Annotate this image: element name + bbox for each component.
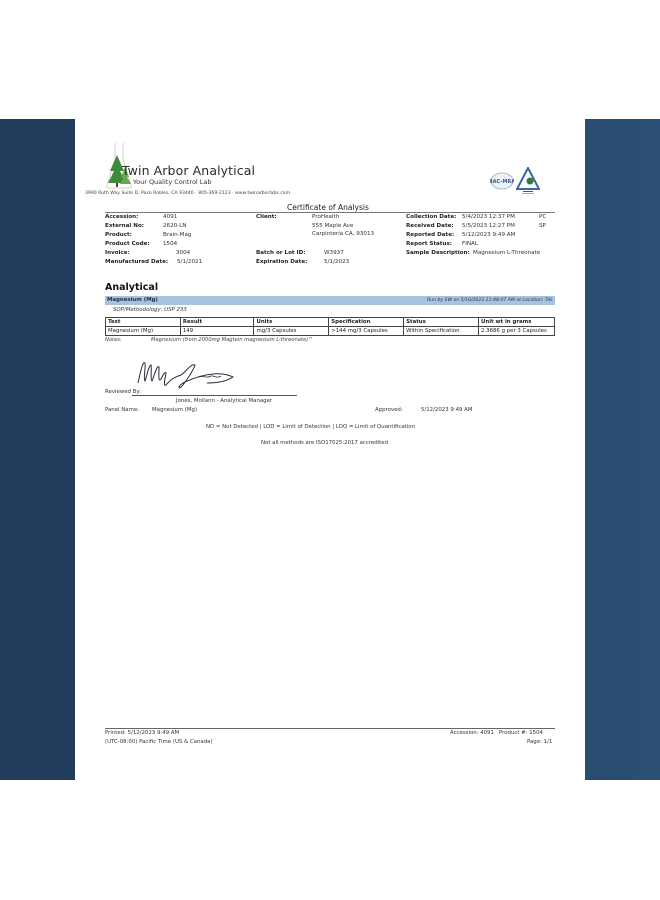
collection-date-label: Collection Date: <box>406 214 456 220</box>
cell-specification: >144 mg/3 Capsules <box>329 327 404 336</box>
collection-initials: PC <box>539 214 546 220</box>
report-status-label: Report Status: <box>406 241 452 247</box>
accession-value: 4091 <box>163 214 177 220</box>
invoice-label: Invoice: <box>105 250 130 256</box>
cell-units: mg/3 Capsules <box>254 327 329 336</box>
timezone: (UTC-08:00) Pacific Time (US & Canada) <box>105 739 213 745</box>
manufactured-date-label: Manufactured Date: <box>105 259 168 265</box>
collection-date-value: 5/4/2023 12:37 PM <box>462 214 515 220</box>
received-date-value: 5/5/2023 12:27 PM <box>462 223 515 229</box>
cell-status: Within Specification <box>404 327 479 336</box>
page-number: Page: 1/1 <box>527 739 552 745</box>
panel-name-label: Panel Name: <box>105 407 139 413</box>
batch-label: Batch or Lot ID: <box>256 250 306 256</box>
client-address-2: Carpinteria CA, 93013 <box>312 231 374 237</box>
table-row: Magnesium (Mg) 149 mg/3 Capsules >144 mg… <box>106 327 555 336</box>
invoice-value: 3004 <box>176 250 190 256</box>
signature-icon <box>133 357 243 391</box>
lab-tagline: Your Quality Control Lab <box>133 178 212 186</box>
abbreviations-legend: ND = Not Detected | LOD = Limit of Detec… <box>206 424 415 430</box>
analytical-heading: Analytical <box>105 282 158 293</box>
client-address-1: 555 Maple Ave <box>312 223 353 229</box>
approved-label: Approved: <box>375 407 403 413</box>
signature-line <box>132 395 297 396</box>
section-title: Magnesium (Mg) <box>107 297 158 303</box>
received-date-label: Received Date: <box>406 223 454 229</box>
reported-date-value: 5/12/2023 9:49 AM <box>462 232 515 238</box>
approved-value: 5/12/2023 9:49 AM <box>421 407 473 413</box>
accession-label: Accession: <box>105 214 138 220</box>
triangle-accreditation-badge <box>516 167 540 195</box>
product-value: Brain-Mag <box>163 232 192 238</box>
col-result: Result <box>180 318 254 327</box>
reviewer-name: Jones, Mollann - Analytical Manager <box>176 398 272 404</box>
document-title: Certificate of Analysis <box>287 203 369 212</box>
printed-timestamp: Printed: 5/12/2023 9:49 AM <box>105 730 179 736</box>
bac-mra-badge: BAC-MRA <box>490 172 514 190</box>
manufactured-date-value: 5/1/2021 <box>177 259 202 265</box>
notes-label: Notes: <box>105 337 122 343</box>
lab-address: 3990 Ruth Way Suite D, Paso Robles, CA 9… <box>85 191 290 196</box>
col-status: Status <box>404 318 479 327</box>
product-code-value: 1504 <box>163 241 177 247</box>
expiration-value: 5/1/2023 <box>324 259 349 265</box>
lab-name: Twin Arbor Analytical <box>122 163 255 178</box>
col-units: Units <box>254 318 329 327</box>
header-rule <box>105 212 555 213</box>
external-no-value: 2620-LN <box>163 223 187 229</box>
run-info: Run by SW on 5/10/2023 11:48:07 AM at Lo… <box>427 298 553 303</box>
sample-description-label: Sample Description: <box>406 250 470 256</box>
client-name: ProHealth <box>312 214 339 220</box>
footer-rule <box>105 728 555 729</box>
certificate-page: Twin Arbor Analytical Your Quality Contr… <box>75 119 585 780</box>
footer-product: Product #: 1504 <box>499 730 543 736</box>
table-header-row: Test Result Units Specification Status U… <box>106 318 555 327</box>
sample-description-value: Magnesium L-Threonate <box>473 250 540 256</box>
report-status-value: FINAL <box>462 241 478 247</box>
col-test: Test <box>106 318 181 327</box>
external-no-label: External No: <box>105 223 144 229</box>
received-initials: SP <box>539 223 546 229</box>
reported-date-label: Reported Date: <box>406 232 454 238</box>
footer-accession: Accession: 4091 <box>450 730 494 736</box>
product-label: Product: <box>105 232 132 238</box>
methodology: SOP/Methodology: USP 233 <box>113 307 187 313</box>
panel-name-value: Magnesium (Mg) <box>152 407 197 413</box>
section-header-bar: Magnesium (Mg) Run by SW on 5/10/2023 11… <box>105 296 555 305</box>
cell-unit-wt: 2.3686 g per 3 Capsules <box>479 327 555 336</box>
expiration-label: Expiration Date: <box>256 259 307 265</box>
cell-result: 149 <box>180 327 254 336</box>
notes-value: Magnesium (from 2000mg Magtein magnesium… <box>151 337 313 343</box>
svg-text:BAC-MRA: BAC-MRA <box>490 179 514 185</box>
results-table: Test Result Units Specification Status U… <box>105 317 555 336</box>
cell-test: Magnesium (Mg) <box>106 327 181 336</box>
product-code-label: Product Code: <box>105 241 150 247</box>
accreditation-note: Not all methods are ISO17025:2017 accred… <box>261 440 388 446</box>
col-specification: Specification <box>329 318 404 327</box>
batch-value: W3937 <box>324 250 344 256</box>
client-label: Client: <box>256 214 277 220</box>
col-unit-wt: Unit wt in grams <box>479 318 555 327</box>
